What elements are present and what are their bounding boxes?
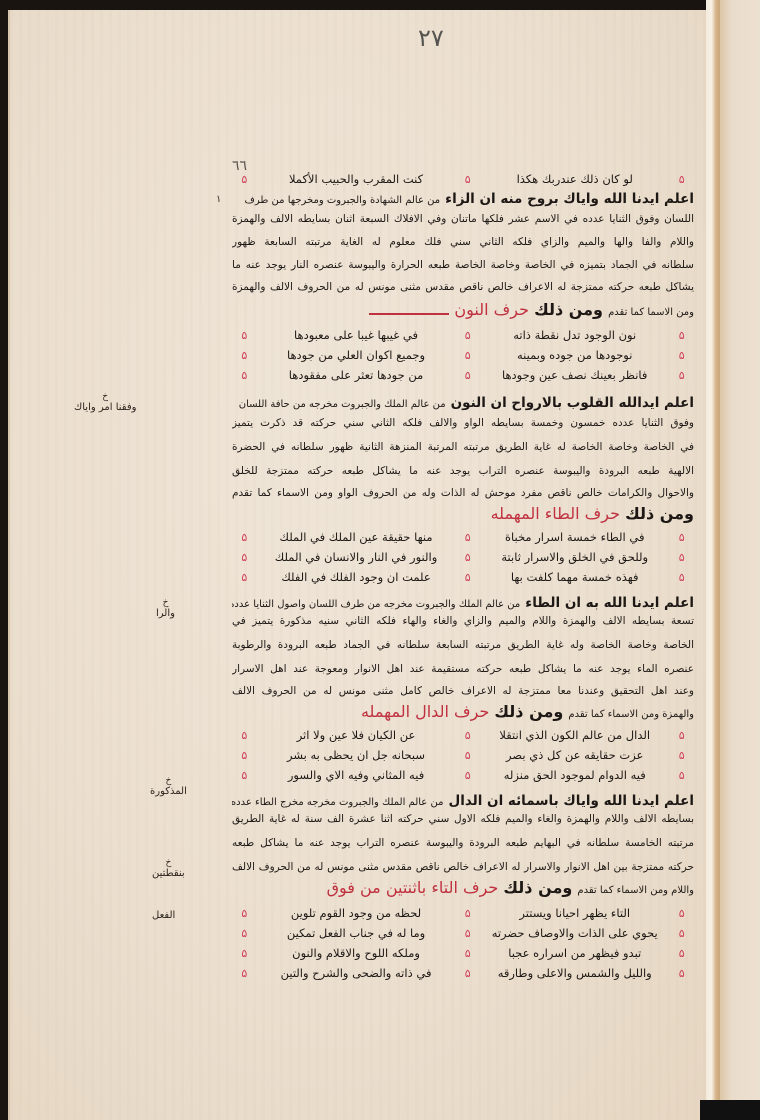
verse-marker-icon: ۵ (232, 173, 257, 186)
section-lead-line: اعلم ايدنا الله واياك بروح منه ان الزاء … (232, 188, 694, 207)
section-lead-line: اعلم ايدنا الله واياك باسمائه ان الدال م… (232, 790, 694, 809)
hemistich: لو كان ذلك عندربك هكذا (480, 172, 669, 186)
verse-marker-icon: ۵ (455, 907, 480, 920)
verse-line: ۵ لو كان ذلك عندربك هكذا ۵ كنت المقرب وا… (232, 172, 694, 186)
prose-line: سلطانه في الجماد بتميزه في الخاصة وخاصة … (232, 260, 694, 271)
margin-note: خ وفقنا امر واياك (74, 392, 136, 413)
margin-note-text: المذكورة (150, 786, 187, 797)
verse-line: ۵ نون الوجود تدل نقطة ذاته ۵ في غيبها غي… (232, 328, 694, 342)
lead-continuation: من عالم الملك والجبروت مخرجه من حافة الل… (239, 399, 446, 410)
section-lead: اعلم ايدنا الله واياك باسمائه ان الدال (449, 793, 694, 809)
margin-note-text: والرا (156, 608, 175, 619)
hemistich: منها حقيقة عين الملك في الملك (257, 530, 456, 544)
verse-line: ۵ فهذه خمسة مهما كلفت بها ۵ علمت ان وجود… (232, 570, 694, 584)
chapter-heading: حرف الدال المهمله (361, 702, 489, 721)
prose-line: الخاصة وخاصة الخاصة وله غاية الطريق مرتب… (232, 640, 694, 651)
lead-continuation: من عالم الملك والجبروت مخرجه مخرج الطاء … (232, 797, 443, 808)
lead-continuation: من عالم الملك والجبروت مخرجه من طرف اللس… (232, 599, 520, 610)
verse-marker-icon: ۵ (455, 927, 480, 940)
transition-phrase: ومن ذلك (534, 300, 603, 319)
correction-mark: خ (74, 392, 136, 402)
chapter-heading: حرف النون (454, 300, 529, 319)
section-lead: اعلم ايدالله القلوب بالارواح ان النون (451, 395, 694, 411)
verse-marker-icon: ۵ (232, 729, 257, 742)
rubric-flourish (369, 307, 449, 315)
prose-line: حركته ممتزجة بين اهل الانوار والاسرار له… (232, 862, 694, 873)
verse-marker-icon: ۵ (669, 729, 694, 742)
margin-note-text: بنقطتين (152, 868, 185, 879)
verse-line: ۵ في الطاء خمسة اسرار مخباة ۵ منها حقيقة… (232, 530, 694, 544)
prose-line: وعند اهل التحقيق وعندنا معا ممتزجة له ال… (232, 686, 694, 697)
chapter-heading: حرف التاء باثنتين من فوق (327, 878, 499, 897)
verse-marker-icon: ۵ (232, 349, 257, 362)
verse-marker-icon: ۵ (455, 349, 480, 362)
verse-marker-icon: ۵ (232, 967, 257, 980)
verse-marker-icon: ۵ (455, 749, 480, 762)
hemistich: عزت حقايقه عن كل ذي بصر (480, 748, 669, 762)
margin-note: خ بنقطتين (152, 858, 185, 879)
hemistich: يحوي على الذات والاوصاف حضرته (480, 926, 669, 940)
verse-marker-icon: ۵ (669, 173, 694, 186)
prose-line: عنصره الماء يوجد عنه ما يشاكل طبعه حركته… (232, 664, 694, 675)
prose-line: والاحوال والكرامات خالص ناقص مفرد موحش ل… (232, 488, 694, 499)
hemistich: التاء يظهر احيانا ويستتر (480, 906, 669, 920)
verse-line: ۵ نوجودها من جوده وبمينه ۵ وجميع اكوان ا… (232, 348, 694, 362)
verse-marker-icon: ۵ (232, 329, 257, 342)
hemistich: سبحانه جل ان يحظى به بشر (257, 748, 456, 762)
transition-prefix: ومن الاسما كما تقدم (608, 307, 694, 318)
folio-number: ٢٧ (418, 24, 444, 52)
section-lead-line: اعلم ايدنا الله به ان الطاء من عالم المل… (232, 592, 694, 611)
margin-note: خ المذكورة (150, 776, 187, 797)
hemistich: وجميع اكوان العلي من جودها (257, 348, 456, 362)
section-lead: اعلم ايدنا الله به ان الطاء (525, 595, 694, 611)
transition-prefix: واللام ومن الاسماء كما تقدم (577, 885, 694, 896)
verse-marker-icon: ۵ (455, 729, 480, 742)
verse-marker-icon: ۵ (669, 329, 694, 342)
heading-line: والهمزة ومن الاسماء كما تقدم ومن ذلك حرف… (361, 702, 694, 721)
verse-marker-icon: ۵ (669, 531, 694, 544)
binding-gutter (706, 0, 720, 1120)
hemistich: نون الوجود تدل نقطة ذاته (480, 328, 669, 342)
hemistich: فهذه خمسة مهما كلفت بها (480, 570, 669, 584)
hemistich: في غيبها غيبا على معبودها (257, 328, 456, 342)
verse-marker-icon: ۵ (455, 369, 480, 382)
hemistich: وملكه اللوح والاقلام والنون (257, 946, 456, 960)
margin-note: خ والرا (156, 598, 175, 619)
hemistich: من جودها تعثر على مفقودها (257, 368, 456, 382)
verse-marker-icon: ۵ (455, 531, 480, 544)
correction-mark: خ (152, 858, 185, 868)
verse-marker-icon: ۵ (669, 769, 694, 782)
prose-line: بسايطه الالف واللام والهمزة والغاء والمي… (232, 814, 694, 825)
verse-line: ۵ تبدو فيظهر من اسراره عجبا ۵ وملكه اللو… (232, 946, 694, 960)
hemistich: في الطاء خمسة اسرار مخباة (480, 530, 669, 544)
verse-line: ۵ يحوي على الذات والاوصاف حضرته ۵ وما له… (232, 926, 694, 940)
heading-line: ومن ذلك حرف الطاء المهمله (491, 504, 694, 523)
hemistich: عن الكيان فلا عين ولا اثر (257, 728, 456, 742)
prose-line: واللام والفا والها والميم والزاي فلكه ال… (232, 237, 694, 248)
transition-phrase: ومن ذلك (503, 878, 572, 897)
verse-line: ۵ فانظر بعينك نصف عين وجودها ۵ من جودها … (232, 368, 694, 382)
transition-phrase: ومن ذلك (494, 702, 563, 721)
verse-marker-icon: ۵ (455, 967, 480, 980)
verse-line: ۵ التاء يظهر احيانا ويستتر ۵ لحظه من وجو… (232, 906, 694, 920)
verse-marker-icon: ۵ (669, 907, 694, 920)
chapter-heading: حرف الطاء المهمله (491, 504, 620, 523)
verse-marker-icon: ۵ (669, 947, 694, 960)
hemistich: في ذاته والضحى والشرح والتين (257, 966, 456, 980)
hemistich: وللحق في الخلق والاسرار ثابتة (480, 550, 669, 564)
heading-line: ومن الاسما كما تقدم ومن ذلك حرف النون (369, 300, 694, 319)
hemistich: فيه المثاني وفيه الاي والسور (257, 768, 456, 782)
facing-page-edge (720, 0, 760, 1110)
hemistich: والليل والشمس والاعلى وطارقه (480, 966, 669, 980)
manuscript-page: ٢٧ ٦٦ ١ خ وفقنا امر واياك خ والرا خ المذ… (8, 10, 710, 1120)
verse-marker-icon: ۵ (232, 571, 257, 584)
correction-mark: خ (150, 776, 187, 786)
verse-marker-icon: ۵ (669, 749, 694, 762)
verse-marker-icon: ۵ (232, 551, 257, 564)
correction-mark: خ (156, 598, 175, 608)
verse-marker-icon: ۵ (669, 551, 694, 564)
hemistich: والنور في النار والانسان في الملك (257, 550, 456, 564)
side-mark: ١ (216, 194, 221, 205)
lead-continuation: من عالم الشهادة والجبروت ومخرجها من طرف (245, 195, 441, 206)
verse-marker-icon: ۵ (455, 173, 480, 186)
verse-line: ۵ فيه الدوام لموجود الحق منزله ۵ فيه الم… (232, 768, 694, 782)
verse-marker-icon: ۵ (232, 749, 257, 762)
hemistich: وما له في جناب الفعل تمكين (257, 926, 456, 940)
hemistich: لحظه من وجود القوم تلوين (257, 906, 456, 920)
verse-marker-icon: ۵ (669, 369, 694, 382)
verse-marker-icon: ۵ (455, 329, 480, 342)
verse-line: ۵ عزت حقايقه عن كل ذي بصر ۵ سبحانه جل ان… (232, 748, 694, 762)
prose-line: مرتبته الخامسة سلطانه في البهايم طبعه ال… (232, 838, 694, 849)
verse-marker-icon: ۵ (455, 571, 480, 584)
verse-marker-icon: ۵ (232, 769, 257, 782)
verse-marker-icon: ۵ (669, 927, 694, 940)
hemistich: فيه الدوام لموجود الحق منزله (480, 768, 669, 782)
prose-line: اللسان وفوق الثنايا عدده في الاسم عشر فل… (232, 214, 694, 225)
prose-line: يشاكل طبعه حركته ممتزجة له الاعراف خالص … (232, 282, 694, 293)
verse-marker-icon: ۵ (232, 369, 257, 382)
hemistich: الدال من عالم الكون الذي انتقلا (480, 728, 669, 742)
verse-marker-icon: ۵ (455, 947, 480, 960)
verse-line: ۵ وللحق في الخلق والاسرار ثابتة ۵ والنور… (232, 550, 694, 564)
verse-marker-icon: ۵ (669, 349, 694, 362)
hemistich: علمت ان وجود الفلك في الفلك (257, 570, 456, 584)
heading-line: واللام ومن الاسماء كما تقدم ومن ذلك حرف … (327, 878, 694, 897)
transition-prefix: والهمزة ومن الاسماء كما تقدم (568, 709, 694, 720)
margin-note-text: الفعل (152, 910, 175, 921)
hemistich: فانظر بعينك نصف عين وجودها (480, 368, 669, 382)
margin-note: الفعل (152, 910, 175, 921)
section-lead-line: اعلم ايدالله القلوب بالارواح ان النون من… (232, 392, 694, 411)
prose-line: وفوق الثنايا عدده خمسون وخمسة بسايطه الو… (232, 418, 694, 429)
verse-line: ۵ الدال من عالم الكون الذي انتقلا ۵ عن ا… (232, 728, 694, 742)
hemistich: كنت المقرب والحبيب الأكملا (257, 172, 456, 186)
verse-marker-icon: ۵ (669, 967, 694, 980)
verse-marker-icon: ۵ (232, 947, 257, 960)
margin-note-text: وفقنا امر واياك (74, 402, 136, 413)
prose-line: الالهية طبعه البرودة واليبوسة عنصره التر… (232, 466, 694, 477)
verse-marker-icon: ۵ (232, 907, 257, 920)
verse-marker-icon: ۵ (455, 769, 480, 782)
transition-phrase: ومن ذلك (625, 504, 694, 523)
verse-marker-icon: ۵ (232, 927, 257, 940)
verse-marker-icon: ۵ (232, 531, 257, 544)
hemistich: تبدو فيظهر من اسراره عجبا (480, 946, 669, 960)
verse-line: ۵ والليل والشمس والاعلى وطارقه ۵ في ذاته… (232, 966, 694, 980)
scan-shadow (700, 1100, 760, 1120)
hemistich: نوجودها من جوده وبمينه (480, 348, 669, 362)
prose-line: تسعة بسايطه الالف والهمزة واللام والميم … (232, 616, 694, 627)
verse-marker-icon: ۵ (669, 571, 694, 584)
prose-line: في الخاصة وخاصة الخاصة له غاية الطريق مر… (232, 442, 694, 453)
section-lead: اعلم ايدنا الله واياك بروح منه ان الزاء (445, 191, 694, 207)
verse-marker-icon: ۵ (455, 551, 480, 564)
